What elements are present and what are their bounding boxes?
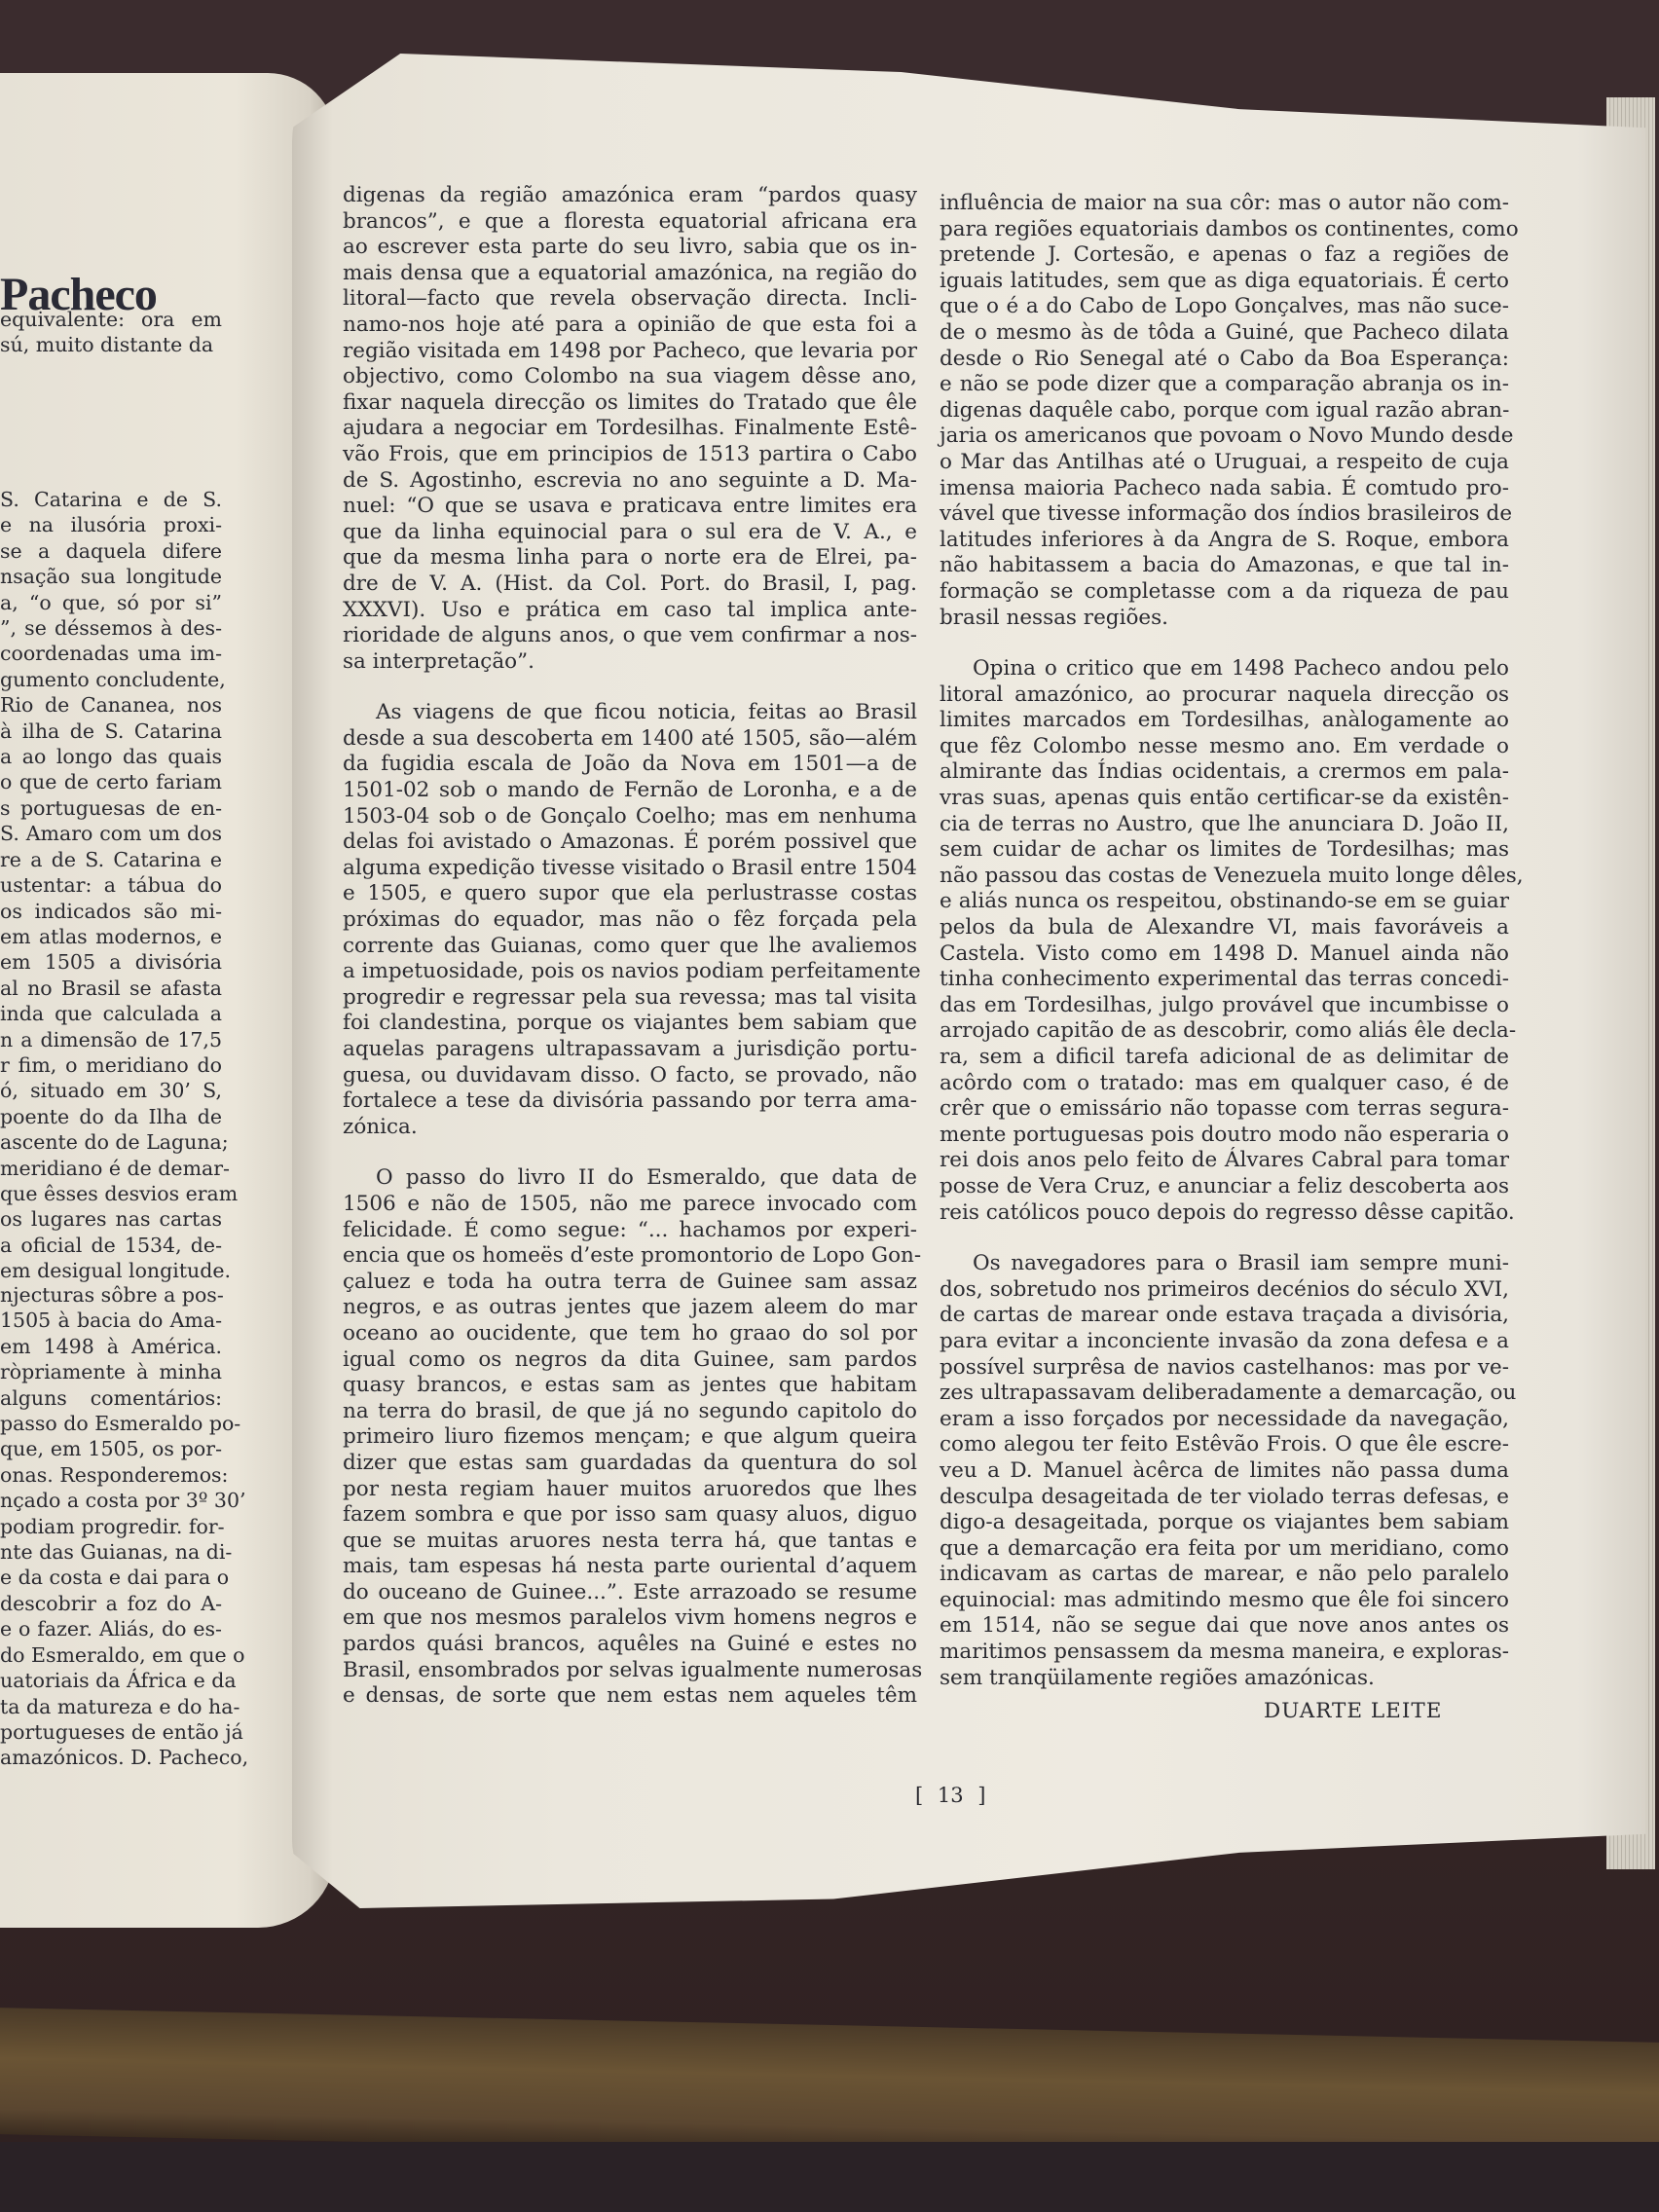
text-line: gumento concludente, — [0, 667, 222, 692]
text-line: em que nos mesmos paralelos vivm homens … — [343, 1605, 917, 1632]
text-line: dos, sobretudo nos primeiros decénios do… — [940, 1277, 1509, 1304]
text-line: ajudara a negociar em Tordesilhas. Final… — [343, 416, 917, 442]
text-line: digo-a desageitada, porque os viajantes … — [940, 1510, 1509, 1536]
text-line: mais densa que a equatorial amazónica, n… — [343, 261, 917, 287]
text-line: s portuguesas de en- — [0, 795, 222, 821]
text-line: encia que os homeës d’este promontorio d… — [343, 1243, 917, 1270]
text-line: almirante das Índias ocidentais, a crerm… — [940, 759, 1509, 786]
text-line: XXXVI). Uso e prática em caso tal implic… — [343, 598, 917, 624]
text-line: desculpa desageitada de ter violado terr… — [940, 1485, 1509, 1511]
text-line: sa interpretação”. — [343, 649, 917, 676]
text-line: brasil nessas regiões. — [940, 606, 1509, 632]
text-line: indicavam as cartas de marear, e não pel… — [940, 1562, 1509, 1588]
text-line: a oficial de 1534, de- — [0, 1233, 222, 1258]
text-line: a, “o que, só por si” — [0, 590, 222, 615]
right-paragraph-2: Opina o critico que em 1498 Pacheco ando… — [940, 656, 1509, 1226]
text-line: onas. Responderemos: — [0, 1462, 222, 1488]
text-line: podiam progredir. for- — [0, 1514, 222, 1539]
text-line: litoral—facto que revela observação dire… — [343, 286, 917, 313]
text-line: a impetuosidade, pois os navios podiam p… — [343, 959, 917, 985]
text-line: da fugidia escala de João da Nova em 150… — [343, 752, 917, 778]
text-line: descobrir a foz do A- — [0, 1591, 222, 1616]
text-line: 1503-04 sob o de Gonçalo Coelho; mas em … — [343, 804, 917, 830]
text-line: o que de certo fariam — [0, 769, 222, 794]
text-line: zónica. — [343, 1115, 917, 1141]
text-line: maritimos pensassem da mesma maneira, e … — [940, 1640, 1509, 1666]
text-line: ó, situado em 30’ S, — [0, 1078, 222, 1103]
text-line: passo do Esmeraldo po- — [0, 1411, 222, 1436]
text-line: por nesta regiam hauer muitos aruoredos … — [343, 1477, 917, 1503]
text-line: ta da matureza e do ha- — [0, 1694, 222, 1719]
text-line: coordenadas uma im- — [0, 641, 222, 666]
text-line: guesa, ou duvidavam disso. O facto, se p… — [343, 1063, 917, 1089]
text-line: das em Tordesilhas, julgo provável que i… — [940, 993, 1509, 1019]
text-line: mente portuguesas pois doutro modo não e… — [940, 1123, 1509, 1149]
text-line: ao escrever esta parte do seu livro, sab… — [343, 235, 917, 261]
right-paragraph-1: influência de maior na sua côr: mas o au… — [940, 191, 1509, 631]
text-line: na terra do brasil, de que já no segundo… — [343, 1399, 917, 1425]
text-line: do Esmeraldo, em que o — [0, 1642, 222, 1668]
text-line: progredir e regressar pela sua revessa; … — [343, 985, 917, 1012]
text-line: aquelas paragens ultrapassavam a jurisdi… — [343, 1037, 917, 1063]
text-line: poente do da Ilha de — [0, 1104, 222, 1129]
text-line: e 1505, e quero supor que ela perlustras… — [343, 881, 917, 907]
text-line: em 1505 a divisória — [0, 949, 222, 975]
text-line: digenas da região amazónica eram “pardos… — [343, 183, 917, 209]
text-line: que fêz Colombo nesse mesmo ano. Em verd… — [940, 734, 1509, 760]
text-line: sem tranqüilamente regiões amazónicas. — [940, 1666, 1509, 1692]
text-line: o Mar das Antilhas até o Uruguai, a resp… — [940, 450, 1509, 476]
left-page-block-3: njecturas sôbre a pos-1505 à bacia do Am… — [0, 1282, 222, 1771]
middle-paragraph-2: As viagens de que ficou noticia, feitas … — [343, 700, 917, 1140]
text-line: em 1514, não se segue dai que nove anos … — [940, 1613, 1509, 1640]
text-line: imensa maioria Pacheco nada sabia. É com… — [940, 476, 1509, 502]
text-line: para regiões equatoriais dambos os conti… — [940, 217, 1509, 243]
text-line: de cartas de marear onde estava traçada … — [940, 1303, 1509, 1329]
text-line: vras suas, apenas quis então certificar-… — [940, 786, 1509, 812]
left-page: Pacheco equivalente: ora emsú, muito dis… — [0, 73, 336, 1928]
text-line: vão Frois, que em principios de 1513 par… — [343, 442, 917, 468]
text-line: inda que calculada a — [0, 1001, 222, 1026]
text-line: corrente das Guianas, como quer que lhe … — [343, 934, 917, 960]
text-line: próximas do equador, mas não o fêz força… — [343, 907, 917, 934]
text-line: latitudes inferiores à da Angra de S. Ro… — [940, 528, 1509, 554]
text-line: primeiro liuro fizemos mençam; e que alg… — [343, 1424, 917, 1451]
text-line: Castela. Visto como em 1498 D. Manuel ai… — [940, 941, 1509, 968]
text-line: rioridade de alguns anos, o que vem conf… — [343, 623, 917, 649]
text-line: e na ilusória proxi- — [0, 512, 222, 537]
text-line: ustentar: a tábua do — [0, 872, 222, 898]
text-line: objectivo, como Colombo na sua viagem dê… — [343, 364, 917, 390]
text-line: que da mesma linha para o norte era de E… — [343, 545, 917, 571]
text-line: influência de maior na sua côr: mas o au… — [940, 191, 1509, 217]
text-line: cia de terras no Austro, que lhe anuncia… — [940, 812, 1509, 838]
text-line: Brasil, ensombrados por selvas igualment… — [343, 1658, 917, 1684]
text-line: em desigual longitude. — [0, 1258, 222, 1283]
text-line: fortalece a tese da divisória passando p… — [343, 1088, 917, 1115]
text-line: e não se pode dizer que a comparação abr… — [940, 372, 1509, 398]
text-line: felicidade. É como segue: “... hachamos … — [343, 1218, 917, 1244]
text-line: n a dimensão de 17,5 — [0, 1027, 222, 1052]
text-line: pretende J. Cortesão, e apenas o faz a r… — [940, 242, 1509, 269]
text-line: se a daquela difere — [0, 538, 222, 564]
text-line: sú, muito distante da — [0, 332, 222, 357]
text-line: e o fazer. Aliás, do es- — [0, 1616, 222, 1641]
text-line: a ao longo das quais — [0, 744, 222, 769]
right-paragraph-3: Os navegadores para o Brasil iam sempre … — [940, 1251, 1509, 1691]
text-line: ascente do de Laguna; — [0, 1129, 222, 1155]
text-line: sem cuidar de achar os limites de Tordes… — [940, 837, 1509, 864]
text-line: delas foi avistado o Amazonas. É porém p… — [343, 829, 917, 856]
text-line: crêr que o emissário não topasse com ter… — [940, 1096, 1509, 1123]
text-line: ròpriamente à minha — [0, 1359, 222, 1384]
text-line: njecturas sôbre a pos- — [0, 1282, 222, 1308]
text-line: namo-nos hoje até para a opinião de que … — [343, 313, 917, 339]
text-line: desde a sua descoberta em 1400 até 1505,… — [343, 726, 917, 753]
text-line: em 1498 à América. — [0, 1334, 222, 1359]
text-line: re a de S. Catarina e — [0, 847, 222, 872]
text-line: O passo do livro II do Esmeraldo, que da… — [343, 1165, 917, 1192]
text-line: equinocial: mas admitindo mesmo que êle … — [940, 1588, 1509, 1614]
text-line: para evitar a inconciente invasão da zon… — [940, 1329, 1509, 1355]
text-line: mais, tam espesas há nesta parte ourient… — [343, 1554, 917, 1580]
text-line: fixar naquela direcção os limites do Tra… — [343, 390, 917, 417]
text-line: nuel: “O que se usava e praticava entre … — [343, 494, 917, 520]
text-line: negros, e as outras jentes que jazem ale… — [343, 1295, 917, 1321]
text-line: uatoriais da África e da — [0, 1668, 222, 1693]
text-line: iguais latitudes, sem que as diga equato… — [940, 269, 1509, 295]
text-line: Opina o critico que em 1498 Pacheco ando… — [940, 656, 1509, 682]
text-line: limites marcados em Tordesilhas, anàloga… — [940, 708, 1509, 734]
text-line: equivalente: ora em — [0, 307, 222, 332]
text-line: amazónicos. D. Pacheco, — [0, 1745, 222, 1770]
left-page-block-2: S. Catarina e de S.e na ilusória proxi-s… — [0, 487, 222, 1284]
text-line: posse de Vera Cruz, e anunciar a feliz d… — [940, 1174, 1509, 1200]
text-line: Os navegadores para o Brasil iam sempre … — [940, 1251, 1509, 1277]
floor — [0, 2142, 1659, 2212]
text-line: de o mesmo às de tôda a Guiné, que Pache… — [940, 320, 1509, 347]
text-line: igual como os negros da dita Guinee, sam… — [343, 1347, 917, 1374]
text-line: zes ultrapassavam deliberadamente a dema… — [940, 1381, 1509, 1407]
text-line: alguns comentários: — [0, 1385, 222, 1411]
text-line: do ouceano de Guinee...”. Este arrazoado… — [343, 1580, 917, 1606]
text-line: formação se completasse com a da riqueza… — [940, 579, 1509, 606]
text-line: possível surprêsa de navios castelhanos:… — [940, 1355, 1509, 1382]
text-line: brancos”, e que a floresta equatorial af… — [343, 209, 917, 236]
text-line: rei dois anos pelo feito de Álvares Cabr… — [940, 1148, 1509, 1174]
text-line: litoral amazónico, ao procurar naquela d… — [940, 682, 1509, 709]
text-line: de S. Agostinho, escrevia no ano seguint… — [343, 468, 917, 495]
text-line: dizer que estas sam guardadas da quentur… — [343, 1451, 917, 1477]
text-line: não habitassem a bacia do Amazonas, e qu… — [940, 553, 1509, 579]
text-line: nte das Guianas, na di- — [0, 1539, 222, 1565]
middle-paragraph-3: O passo do livro II do Esmeraldo, que da… — [343, 1165, 917, 1709]
text-line: r fim, o meridiano do — [0, 1052, 222, 1078]
text-line: As viagens de que ficou noticia, feitas … — [343, 700, 917, 726]
text-line: que da linha equinocial para o sul era d… — [343, 520, 917, 546]
text-line: e densas, de sorte que nem estas nem aqu… — [343, 1683, 917, 1710]
middle-column: digenas da região amazónica eram “pardos… — [343, 183, 917, 1710]
text-line: S. Amaro com um dos — [0, 821, 222, 846]
text-line: vável que tivesse informação dos índios … — [940, 501, 1509, 528]
text-line: veu a D. Manuel àcêrca de limites não pa… — [940, 1458, 1509, 1485]
text-line: nsação sua longitude — [0, 564, 222, 589]
text-line: desde o Rio Senegal até o Cabo da Boa Es… — [940, 347, 1509, 373]
text-line: 1506 e não de 1505, não me parece invoca… — [343, 1192, 917, 1218]
text-line: e da costa e dai para o — [0, 1565, 222, 1590]
text-line: digenas daquêle cabo, porque com igual r… — [940, 398, 1509, 424]
text-line: acôrdo com o tratado: mas em qualquer ca… — [940, 1071, 1509, 1097]
text-line: fazem sombra e que por isso sam quasy al… — [343, 1502, 917, 1529]
text-line: al no Brasil se afasta — [0, 976, 222, 1001]
text-line: eram a isso forçados por necessidade da … — [940, 1407, 1509, 1433]
text-line: e aliás nunca os respeitou, obstinando-s… — [940, 889, 1509, 915]
text-line: nçado a costa por 3º 30’ — [0, 1488, 222, 1513]
text-line: Rio de Cananea, nos — [0, 692, 222, 718]
text-line: çaluez e toda ha outra terra de Guinee s… — [343, 1270, 917, 1296]
text-line: ”, se déssemos à des- — [0, 615, 222, 641]
text-line: oceano ao oucidente, que tem ho graao do… — [343, 1321, 917, 1347]
page-number: [ 13 ] — [915, 1784, 985, 1807]
text-line: que a demarcação era feita por um meridi… — [940, 1536, 1509, 1563]
text-line: 1505 à bacia do Ama- — [0, 1308, 222, 1333]
text-line: ra, sem a dificil tarefa adicional de as… — [940, 1045, 1509, 1071]
left-page-block-1: equivalente: ora emsú, muito distante da — [0, 307, 222, 358]
text-line: os lugares nas cartas — [0, 1206, 222, 1232]
text-line: como alegou ter feito Estêvão Frois. O q… — [940, 1432, 1509, 1458]
text-line: que, em 1505, os por- — [0, 1436, 222, 1461]
text-line: foi clandestina, porque os viajantes bem… — [343, 1011, 917, 1037]
middle-paragraph-1: digenas da região amazónica eram “pardos… — [343, 183, 917, 675]
text-line: quasy brancos, e estas sam as jentes que… — [343, 1373, 917, 1399]
text-line: em atlas modernos, e — [0, 924, 222, 949]
right-column: influência de maior na sua côr: mas o au… — [940, 191, 1509, 1691]
text-line: não passou das costas de Venezuela muito… — [940, 864, 1509, 890]
text-line: à ilha de S. Catarina — [0, 719, 222, 744]
text-line: que o é a do Cabo de Lopo Gonçalves, mas… — [940, 294, 1509, 320]
text-line: portugueses de então já — [0, 1719, 222, 1745]
text-line: alguma expedição tivesse visitado o Bras… — [343, 856, 917, 882]
text-line: os indicados são mi- — [0, 899, 222, 924]
text-line: região visitada em 1498 por Pacheco, que… — [343, 339, 917, 365]
text-line: que se muitas aruores nesta terra há, qu… — [343, 1529, 917, 1555]
text-line: pardos quási brancos, aquêles na Guiné e… — [343, 1632, 917, 1658]
text-line: pelos da bula de Alexandre VI, mais favo… — [940, 915, 1509, 941]
text-line: 1501-02 sob o mando de Fernão de Loronha… — [343, 778, 917, 804]
text-line: S. Catarina e de S. — [0, 487, 222, 512]
text-line: meridiano é de demar- — [0, 1156, 222, 1181]
text-line: dre de V. A. (Hist. da Col. Port. do Bra… — [343, 571, 917, 598]
text-line: tinha conhecimento experimental das terr… — [940, 967, 1509, 993]
text-line: reis católicos pouco depois do regresso … — [940, 1200, 1509, 1227]
text-line: jaria os americanos que povoam o Novo Mu… — [940, 424, 1509, 450]
text-line: arrojado capitão de as descobrir, como a… — [940, 1018, 1509, 1045]
author-signature: DUARTE LEITE — [1264, 1699, 1442, 1723]
text-line: que êsses desvios eram — [0, 1181, 222, 1206]
